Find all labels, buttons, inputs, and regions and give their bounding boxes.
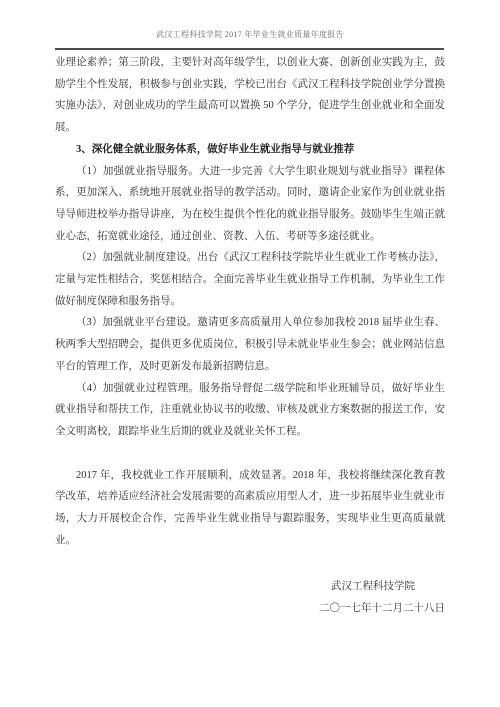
- body-paragraph-1: （1）加强就业指导服务。大进一步完善《大学生职业规划与就业指导》课程体系，更加深…: [55, 161, 445, 248]
- body-paragraph-4: （4）加强就业过程管理。服务指导督促二级学院和毕业班辅导员，做好毕业生就业指导和…: [55, 378, 445, 443]
- section-heading: 3、深化健全就业服务体系，做好毕业生就业指导与就业推荐: [55, 139, 445, 161]
- document-page: 武汉工程科技学院 2017 年毕业生就业质量年度报告 业理论素养；第三阶段，主要…: [0, 0, 500, 707]
- body-paragraph-3: （3）加强就业平台建设。邀请更多高质量用人单位参加我校 2018 届毕业生春、秋…: [55, 312, 445, 377]
- header-rule: [55, 48, 444, 50]
- signature-date: 二〇一七年十二月二十八日: [55, 598, 445, 620]
- continuation-paragraph: 业理论素养；第三阶段，主要针对高年级学生，以创业大赛、创新创业实践为主，鼓励学生…: [55, 52, 445, 139]
- signature-block: 武汉工程科技学院 二〇一七年十二月二十八日: [55, 576, 445, 619]
- running-header-title: 武汉工程科技学院 2017 年毕业生就业质量年度报告: [55, 29, 445, 40]
- body-paragraph-2: （2）加强就业制度建设。出台《武汉工程科技学院毕业生就业工作考核办法》，定量与定…: [55, 247, 445, 312]
- closing-paragraph: 2017 年，我校就业工作开展顺利，成效显著。2018 年，我校将继续深化教育教…: [55, 465, 445, 552]
- document-body: 业理论素养；第三阶段，主要针对高年级学生，以创业大赛、创新创业实践为主，鼓励学生…: [55, 52, 445, 620]
- signature-organization: 武汉工程科技学院: [55, 576, 445, 598]
